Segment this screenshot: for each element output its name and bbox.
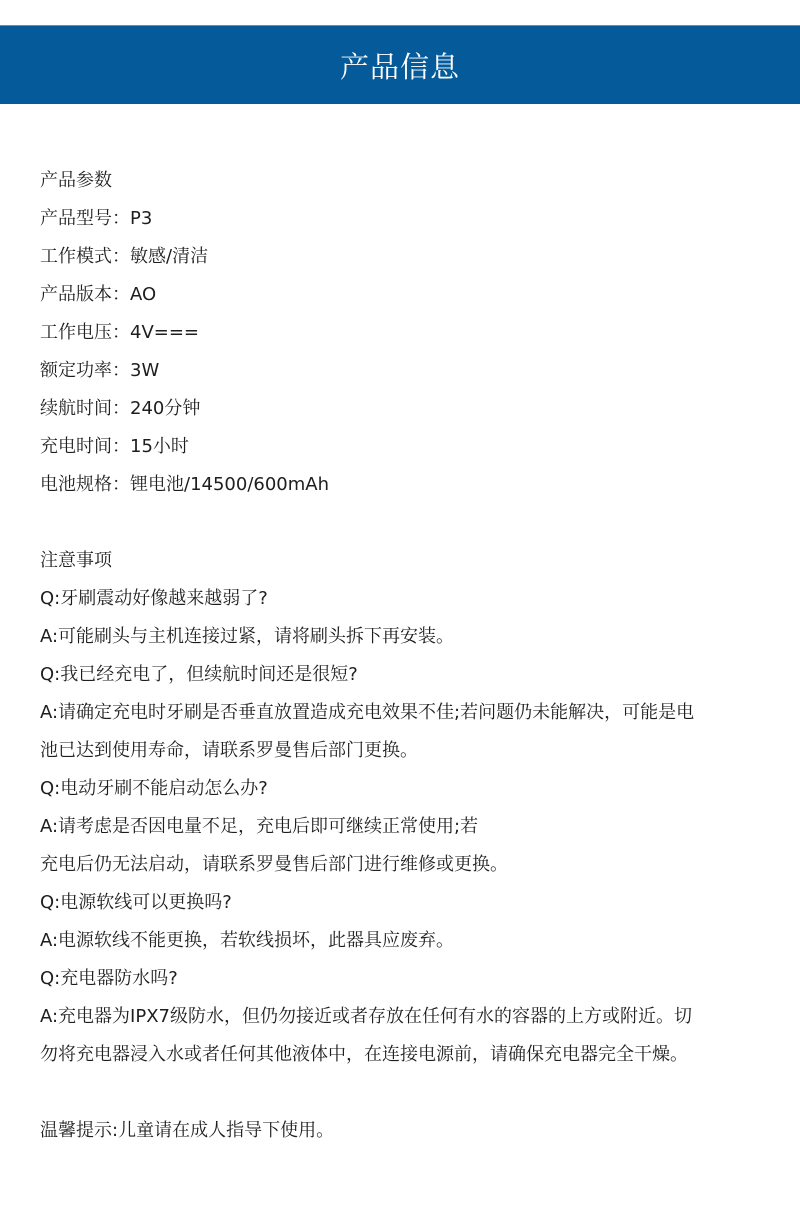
spec-value: 敏感/清洁 (130, 246, 208, 267)
warm-tip: 温馨提示:儿童请在成人指导下使用。 (40, 1112, 780, 1150)
specs-heading: 产品参数 (40, 162, 780, 200)
spec-row-model: 产品型号：P3 (40, 200, 780, 238)
notes-heading: 注意事项 (40, 542, 780, 580)
faq-answer: A:可能刷头与主机连接过紧，请将刷头拆下再安装。 (40, 618, 780, 656)
spec-value: 15小时 (130, 436, 189, 457)
spec-label: 产品版本： (40, 284, 130, 305)
spec-value: 240分钟 (130, 398, 200, 419)
header-banner: 产品信息 (0, 25, 800, 104)
spec-label: 续航时间： (40, 398, 130, 419)
spec-label: 电池规格： (40, 474, 130, 495)
spec-label: 充电时间： (40, 436, 130, 457)
spec-row-runtime: 续航时间：240分钟 (40, 390, 780, 428)
spec-value: AO (130, 284, 156, 305)
spec-label: 额定功率： (40, 360, 130, 381)
spec-row-power: 额定功率：3W (40, 352, 780, 390)
spec-row-battery: 电池规格：锂电池/14500/600mAh (40, 466, 780, 504)
faq-answer-continued: 勿将充电器浸入水或者任何其他液体中，在连接电源前，请确保充电器完全干燥。 (40, 1036, 780, 1074)
faq-answer-continued: 池已达到使用寿命，请联系罗曼售后部门更换。 (40, 732, 780, 770)
faq-answer: A:请确定充电时牙刷是否垂直放置造成充电效果不佳;若问题仍未能解决，可能是电 (40, 694, 780, 732)
faq-answer: A:电源软线不能更换，若软线损坏，此器具应废弃。 (40, 922, 780, 960)
spec-label: 工作模式： (40, 246, 130, 267)
faq-question: Q:充电器防水吗? (40, 960, 780, 998)
spec-value: P3 (130, 208, 152, 229)
spec-row-charge-time: 充电时间：15小时 (40, 428, 780, 466)
faq-answer: A:请考虑是否因电量不足，充电后即可继续正常使用;若 (40, 808, 780, 846)
spec-row-voltage: 工作电压：4V=== (40, 314, 780, 352)
spacer (40, 1074, 780, 1112)
faq-question: Q:牙刷震动好像越来越弱了? (40, 580, 780, 618)
faq-question: Q:电源软线可以更换吗? (40, 884, 780, 922)
faq-question: Q:电动牙刷不能启动怎么办? (40, 770, 780, 808)
spec-value: 锂电池/14500/600mAh (130, 474, 329, 495)
faq-answer: A:充电器为IPX7级防水，但仍勿接近或者存放在任何有水的容器的上方或附近。切 (40, 998, 780, 1036)
document-body: 产品参数 产品型号：P3 工作模式：敏感/清洁 产品版本：AO 工作电压：4V=… (40, 162, 780, 1150)
spec-value: 3W (130, 360, 159, 381)
spec-label: 产品型号： (40, 208, 130, 229)
spec-row-mode: 工作模式：敏感/清洁 (40, 238, 780, 276)
faq-question: Q:我已经充电了，但续航时间还是很短? (40, 656, 780, 694)
spacer (40, 504, 780, 542)
spec-value: 4V=== (130, 322, 199, 343)
spec-label: 工作电压： (40, 322, 130, 343)
page-title: 产品信息 (340, 45, 460, 86)
spec-row-version: 产品版本：AO (40, 276, 780, 314)
faq-answer-continued: 充电后仍无法启动，请联系罗曼售后部门进行维修或更换。 (40, 846, 780, 884)
